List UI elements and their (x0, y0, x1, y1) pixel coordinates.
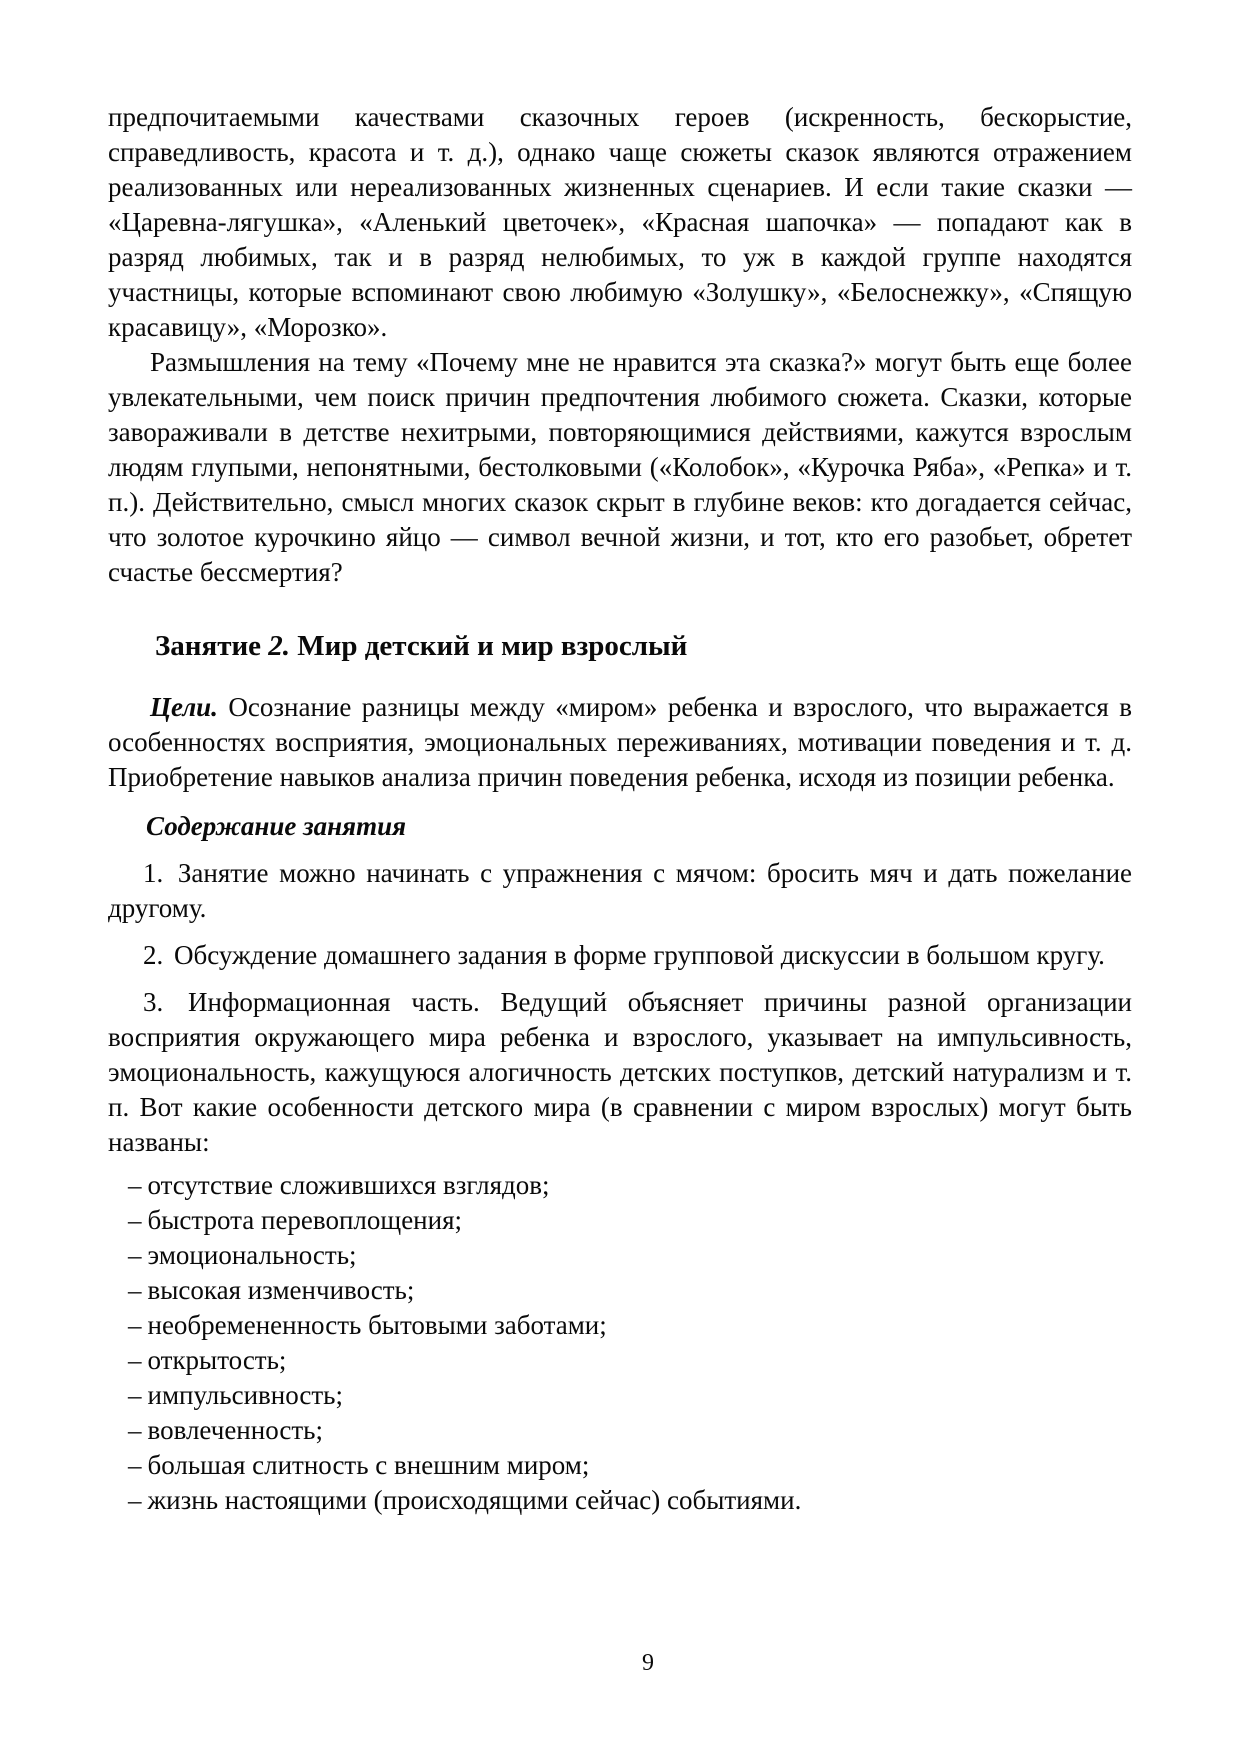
session-heading-title: Мир детский и мир взрослый (297, 630, 687, 662)
numbered-item-1-text: Занятие можно начинать с упражнения с мя… (108, 858, 1132, 923)
dash-marker: – (128, 1415, 142, 1445)
session-heading: Занятие 2. Мир детский и мир взрослый (108, 626, 1132, 666)
list-item: –эмоциональность; (108, 1238, 1132, 1273)
list-item: –высокая изменчивость; (108, 1273, 1132, 1308)
page-number: 9 (28, 1648, 1240, 1678)
features-list: –отсутствие сложившихся взглядов; –быстр… (108, 1168, 1132, 1518)
dash-marker: – (128, 1450, 142, 1480)
list-item-text: жизнь настоящими (происходящими сейчас) … (148, 1485, 802, 1515)
list-item: –большая слитность с внешним миром; (108, 1448, 1132, 1483)
numbered-item-2-number: 2. (143, 940, 163, 970)
numbered-item-3-text: Информационная часть. Ведущий объясняет … (108, 987, 1132, 1157)
text-block: предпочитаемыми качествами сказочных гер… (108, 100, 1132, 1518)
list-item-text: импульсивность; (148, 1380, 344, 1410)
dash-marker: – (128, 1345, 142, 1375)
list-item-text: высокая изменчивость; (148, 1275, 415, 1305)
list-item: –импульсивность; (108, 1378, 1132, 1413)
contents-heading: Содержание занятия (108, 809, 1132, 844)
list-item-text: быстрота перевоплощения; (148, 1205, 463, 1235)
dash-marker: – (128, 1205, 142, 1235)
numbered-item-3: 3. Информационная часть. Ведущий объясня… (108, 985, 1132, 1160)
dash-marker: – (128, 1275, 142, 1305)
goals-label: Цели. (150, 692, 218, 722)
dash-marker: – (128, 1485, 142, 1515)
numbered-item-2-text: Обсуждение домашнего задания в форме гру… (174, 940, 1105, 970)
list-item: –вовлеченность; (108, 1413, 1132, 1448)
list-item: –жизнь настоящими (происходящими сейчас)… (108, 1483, 1132, 1518)
numbered-item-2: 2. Обсуждение домашнего задания в форме … (108, 938, 1132, 973)
list-item-text: отсутствие сложившихся взглядов; (148, 1170, 550, 1200)
numbered-item-3-number: 3. (143, 987, 163, 1017)
list-item-text: открытость; (148, 1345, 287, 1375)
paragraph-continuation: предпочитаемыми качествами сказочных гер… (108, 100, 1132, 345)
list-item: –быстрота перевоплощения; (108, 1203, 1132, 1238)
list-item: –необремененность бытовыми заботами; (108, 1308, 1132, 1343)
list-item-text: вовлеченность; (148, 1415, 323, 1445)
list-item: –открытость; (108, 1343, 1132, 1378)
dash-marker: – (128, 1380, 142, 1410)
goals-paragraph: Цели. Осознание разницы между «миром» ре… (108, 690, 1132, 795)
list-item-text: большая слитность с внешним миром; (148, 1450, 590, 1480)
dash-marker: – (128, 1240, 142, 1270)
list-item-text: необремененность бытовыми заботами; (148, 1310, 607, 1340)
numbered-item-1-number: 1. (143, 858, 163, 888)
goals-text: Осознание разницы между «миром» ребенка … (108, 692, 1132, 792)
session-heading-label: Занятие (155, 630, 261, 662)
book-page: предпочитаемыми качествами сказочных гер… (0, 0, 1240, 1754)
numbered-item-1: 1. Занятие можно начинать с упражнения с… (108, 856, 1132, 926)
paragraph-reflection: Размышления на тему «Почему мне не нрави… (108, 345, 1132, 590)
dash-marker: – (128, 1310, 142, 1340)
list-item: –отсутствие сложившихся взглядов; (108, 1168, 1132, 1203)
session-heading-number: 2. (268, 630, 290, 662)
dash-marker: – (128, 1170, 142, 1200)
list-item-text: эмоциональность; (148, 1240, 357, 1270)
